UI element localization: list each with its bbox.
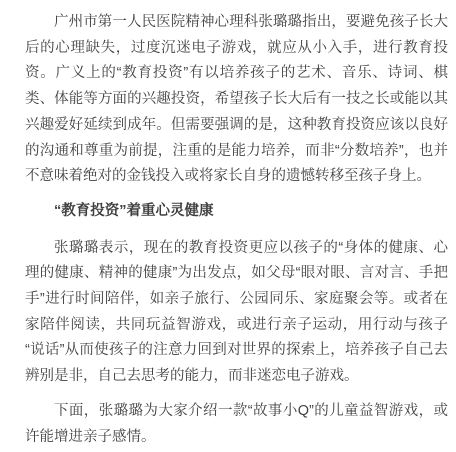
- paragraph-intro: 广州市第一人民医院精神心理科张璐璐指出，要避免孩子长大后的心理缺失，过度沉迷电子…: [25, 10, 448, 190]
- section-subtitle: “教育投资”着重心灵健康: [25, 199, 448, 225]
- paragraph-game-intro: 下面，张璐璐为大家介绍一款“故事小Q”的儿童益智游戏，或许能增进亲子感情。: [25, 399, 448, 450]
- article-body: 广州市第一人民医院精神心理科张璐璐指出，要避免孩子长大后的心理缺失，过度沉迷电子…: [0, 0, 456, 452]
- paragraph-health-focus: 张璐璐表示，现在的教育投资更应以孩子的“身体的健康、心理的健康、精神的健康”为出…: [25, 236, 448, 390]
